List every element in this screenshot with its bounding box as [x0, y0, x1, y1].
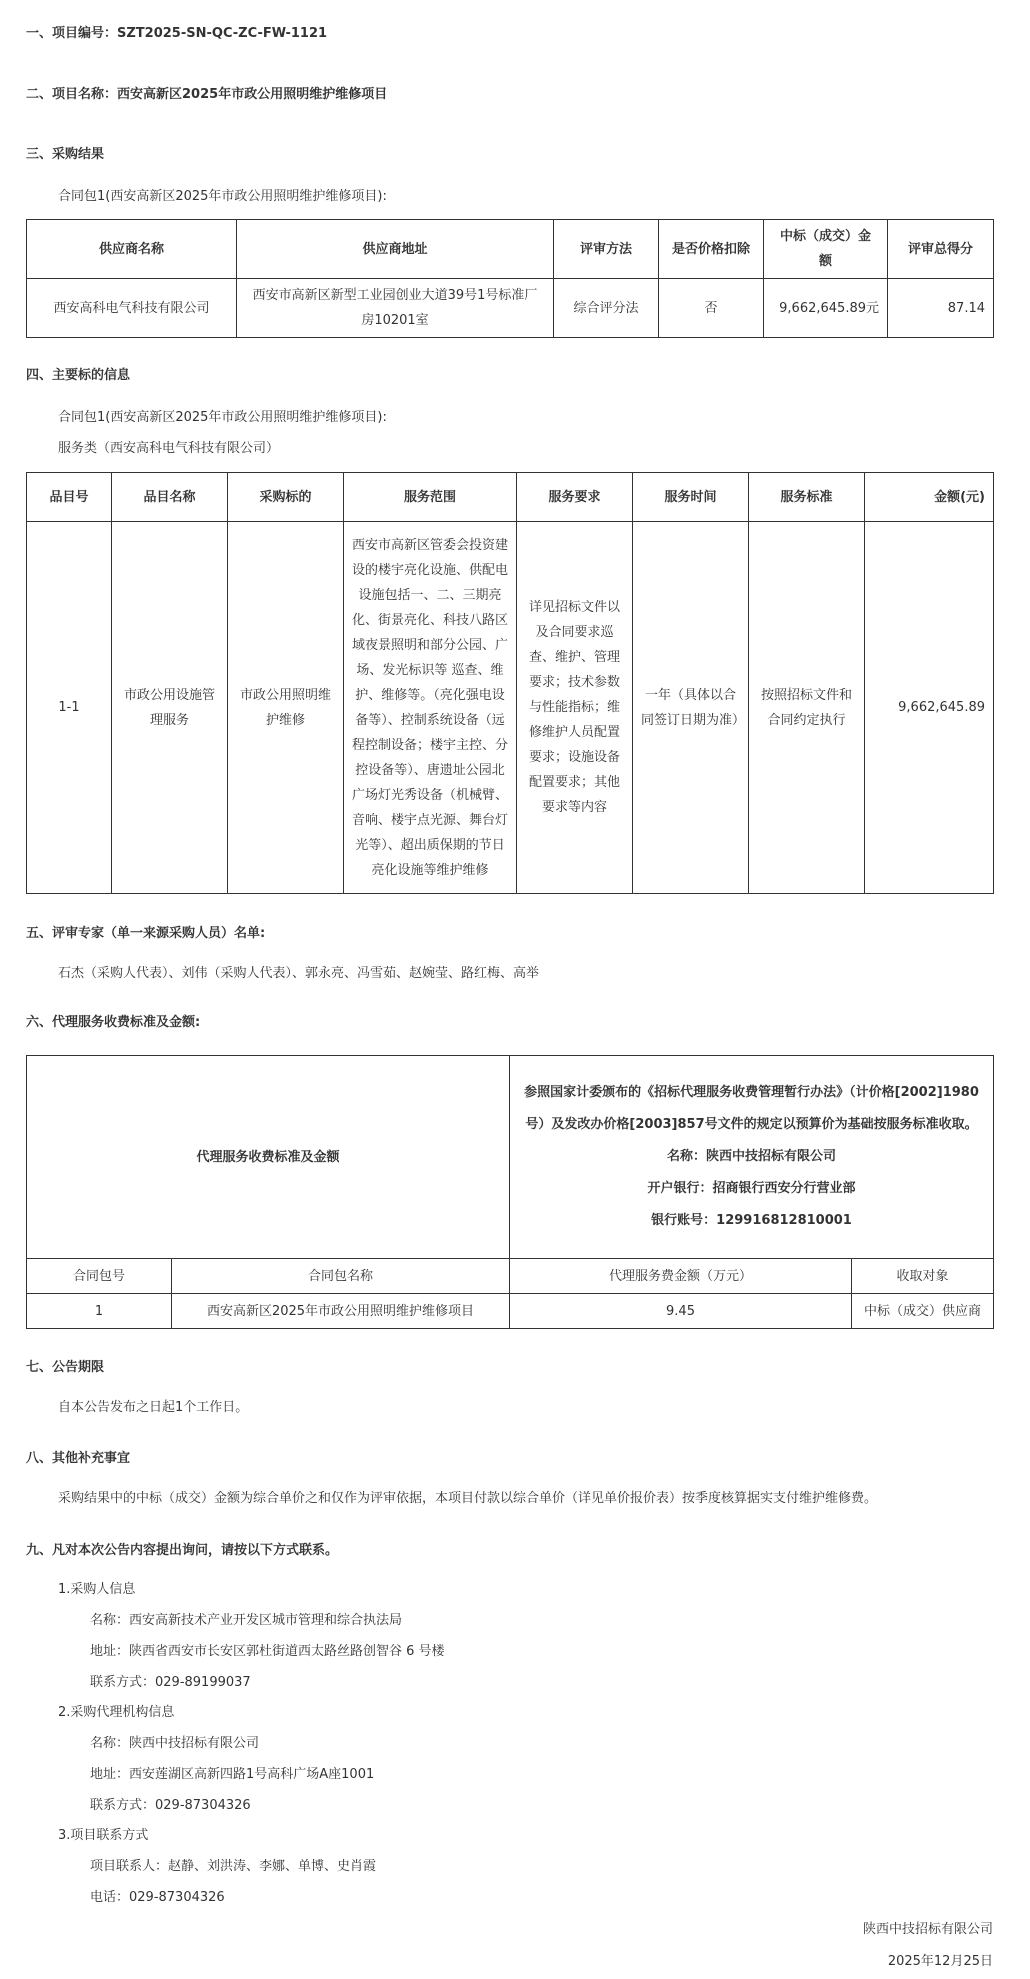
item-scope: 西安市高新区管委会投资建设的楼宇亮化设施、供配电设施包括一、二、三期亮化、街景亮… [344, 522, 517, 894]
fee-payee-name: 名称：陕西中技招标有限公司 [520, 1141, 983, 1173]
agency-fee-table: 代理服务收费标准及金额 参照国家计委颁布的《招标代理服务收费管理暂行办法》（计价… [26, 1055, 994, 1329]
result-amount: 9,662,645.89元 [764, 279, 888, 338]
subject-package-label: 合同包1(西安高新区2025年市政公用照明维护维修项目): [58, 406, 387, 425]
result-score: 87.14 [888, 279, 994, 338]
project-contact-people: 项目联系人：赵静、刘洪涛、李娜、单博、史肖霞 [90, 1855, 376, 1874]
fee-header-package-number: 合同包号 [27, 1259, 172, 1294]
signature-company: 陕西中技招标有限公司 [863, 1918, 993, 1937]
fee-table-header: 合同包号 合同包名称 代理服务费金额（万元） 收取对象 [27, 1259, 994, 1294]
agency-contact: 联系方式：029-87304326 [90, 1794, 251, 1813]
signature-date: 2025年12月25日 [888, 1950, 993, 1969]
item-header-standard: 服务标准 [749, 473, 865, 522]
result-header-amount: 中标（成交）金额 [764, 220, 888, 279]
fee-standard-label: 代理服务收费标准及金额 [27, 1056, 510, 1259]
expert-list: 石杰（采购人代表）、刘伟（采购人代表）、郭永亮、冯雪茹、赵婉莹、路红梅、高举 [58, 962, 539, 981]
project-name-heading: 二、项目名称：西安高新区2025年市政公用照明维护维修项目 [26, 83, 387, 102]
item-number: 1-1 [27, 522, 112, 894]
fee-standard-text: 参照国家计委颁布的《招标代理服务收费管理暂行办法》（计价格[2002]1980号… [520, 1077, 983, 1141]
result-package-label: 合同包1(西安高新区2025年市政公用照明维护维修项目): [58, 185, 387, 204]
item-requirements: 详见招标文件以及合同要求巡查、维护、管理要求；技术参数与性能指标；维修维护人员配… [517, 522, 633, 894]
agency-fee-heading: 六、代理服务收费标准及金额: [26, 1011, 200, 1030]
item-header-number: 品目号 [27, 473, 112, 522]
contact-heading: 九、凡对本次公告内容提出询问，请按以下方式联系。 [26, 1539, 338, 1558]
subject-category-label: 服务类（西安高科电气科技有限公司） [58, 437, 279, 456]
project-contact-heading: 3.项目联系方式 [58, 1824, 148, 1843]
fee-header-package-name: 合同包名称 [172, 1259, 510, 1294]
result-header-method: 评审方法 [554, 220, 659, 279]
result-supplier-name: 西安高科电气科技有限公司 [27, 279, 237, 338]
supplementary-text: 采购结果中的中标（成交）金额为综合单价之和仅作为评审依据，本项目付款以综合单价（… [58, 1487, 877, 1506]
fee-account: 银行账号：129916812810001 [520, 1205, 983, 1237]
project-number-label: 一、项目编号： [26, 26, 117, 41]
result-supplier-address: 西安市高新区新型工业园创业大道39号1号标准厂房10201室 [237, 279, 554, 338]
fee-package-name: 西安高新区2025年市政公用照明维护维修项目 [172, 1294, 510, 1329]
result-header-price-deduction: 是否价格扣除 [659, 220, 764, 279]
purchaser-contact: 联系方式：029-89199037 [90, 1671, 251, 1690]
project-number-heading: 一、项目编号：SZT2025-SN-QC-ZC-FW-1121 [26, 22, 327, 41]
item-header-subject: 采购标的 [228, 473, 344, 522]
supplementary-heading: 八、其他补充事宜 [26, 1447, 130, 1466]
project-number-value: SZT2025-SN-QC-ZC-FW-1121 [117, 26, 327, 41]
project-name-label: 二、项目名称： [26, 87, 117, 102]
item-amount: 9,662,645.89 [865, 522, 994, 894]
item-header-scope: 服务范围 [344, 473, 517, 522]
main-subject-table: 品目号 品目名称 采购标的 服务范围 服务要求 服务时间 服务标准 金额(元) … [26, 472, 994, 894]
notice-period-heading: 七、公告期限 [26, 1356, 104, 1375]
fee-package-number: 1 [27, 1294, 172, 1329]
item-header-name: 品目名称 [112, 473, 228, 522]
item-name: 市政公用设施管理服务 [112, 522, 228, 894]
item-time: 一年（具体以合同签订日期为准） [633, 522, 749, 894]
fee-payer: 中标（成交）供应商 [852, 1294, 994, 1329]
item-standard: 按照招标文件和合同约定执行 [749, 522, 865, 894]
item-header-time: 服务时间 [633, 473, 749, 522]
agency-address: 地址：西安莲湖区高新四路1号高科广场A座1001 [90, 1763, 374, 1782]
fee-amount: 9.45 [510, 1294, 852, 1329]
purchaser-info-heading: 1.采购人信息 [58, 1578, 135, 1597]
fee-header-payer: 收取对象 [852, 1259, 994, 1294]
item-header-amount: 金额(元) [865, 473, 994, 522]
agency-info-heading: 2.采购代理机构信息 [58, 1701, 174, 1720]
procurement-result-heading: 三、采购结果 [26, 143, 104, 162]
table-row: 1-1 市政公用设施管理服务 市政公用照明维护维修 西安市高新区管委会投资建设的… [27, 522, 994, 894]
table-row: 1 西安高新区2025年市政公用照明维护维修项目 9.45 中标（成交）供应商 [27, 1294, 994, 1329]
result-header-score: 评审总得分 [888, 220, 994, 279]
item-header-requirements: 服务要求 [517, 473, 633, 522]
result-price-deduction: 否 [659, 279, 764, 338]
item-subject: 市政公用照明维护维修 [228, 522, 344, 894]
fee-bank: 开户银行：招商银行西安分行营业部 [520, 1173, 983, 1205]
purchaser-address: 地址：陕西省西安市长安区郭杜街道西太路丝路创智谷 6 号楼 [90, 1640, 445, 1659]
notice-period-text: 自本公告发布之日起1个工作日。 [58, 1396, 248, 1415]
project-name-value: 西安高新区2025年市政公用照明维护维修项目 [117, 87, 387, 102]
purchaser-name: 名称：西安高新技术产业开发区城市管理和综合执法局 [90, 1609, 402, 1628]
fee-header-amount: 代理服务费金额（万元） [510, 1259, 852, 1294]
project-contact-phone: 电话：029-87304326 [90, 1886, 225, 1905]
main-subject-heading: 四、主要标的信息 [26, 364, 130, 383]
procurement-result-table: 供应商名称 供应商地址 评审方法 是否价格扣除 中标（成交）金额 评审总得分 西… [26, 219, 994, 338]
table-row: 西安高科电气科技有限公司 西安市高新区新型工业园创业大道39号1号标准厂房102… [27, 279, 994, 338]
result-method: 综合评分法 [554, 279, 659, 338]
fee-standard-details: 参照国家计委颁布的《招标代理服务收费管理暂行办法》（计价格[2002]1980号… [510, 1056, 994, 1259]
item-table-header: 品目号 品目名称 采购标的 服务范围 服务要求 服务时间 服务标准 金额(元) [27, 473, 994, 522]
result-header-supplier-address: 供应商地址 [237, 220, 554, 279]
expert-list-heading: 五、评审专家（单一来源采购人员）名单: [26, 922, 265, 941]
result-header-supplier-name: 供应商名称 [27, 220, 237, 279]
agency-name: 名称：陕西中技招标有限公司 [90, 1732, 259, 1751]
result-table-header: 供应商名称 供应商地址 评审方法 是否价格扣除 中标（成交）金额 评审总得分 [27, 220, 994, 279]
